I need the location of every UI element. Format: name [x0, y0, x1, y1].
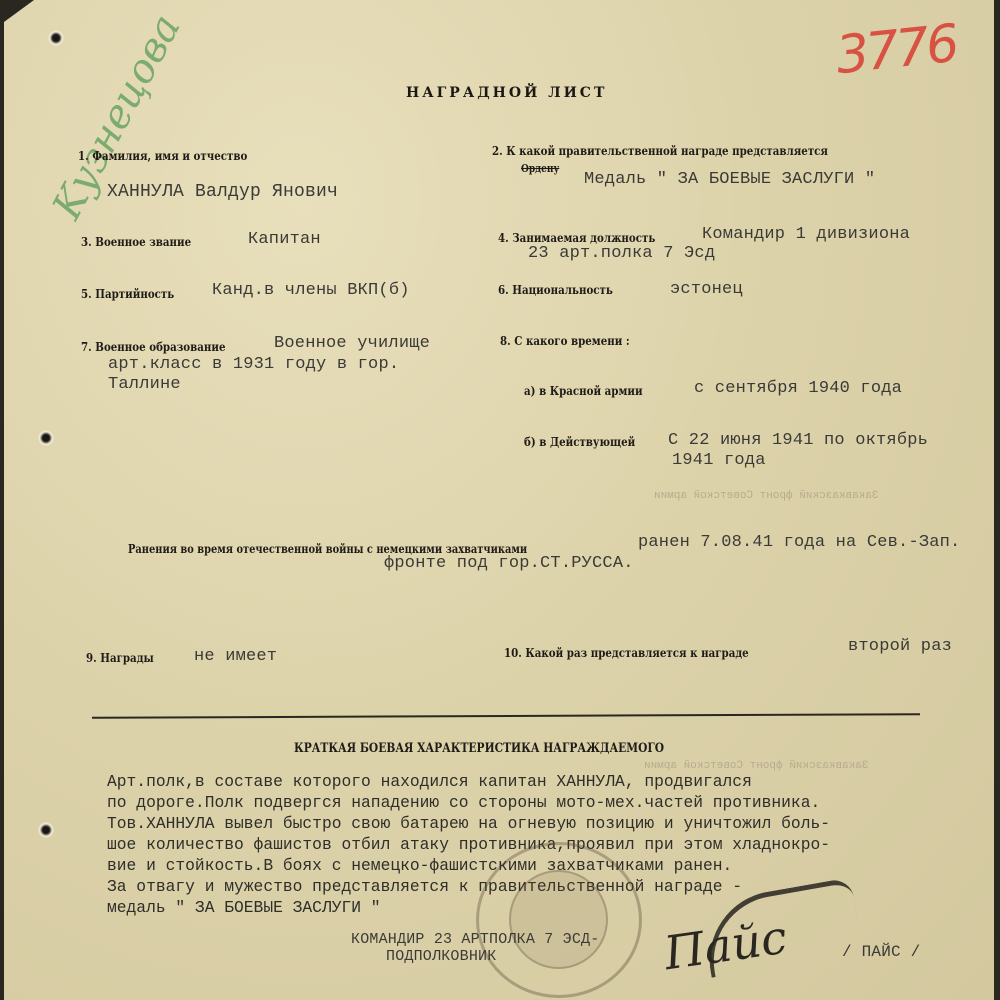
wounds-value-line2: фронте под гор.СТ.РУССА. — [384, 554, 634, 573]
punch-hole — [38, 430, 54, 446]
field-2-label: 2. К какой правительственной награде пре… — [492, 143, 828, 158]
field-8-label: 8. С какого времени : — [500, 333, 630, 348]
field-5-label: 5. Партийность — [81, 286, 174, 301]
characteristic-line: вие и стойкость.В боях с немецко-фашистс… — [107, 856, 732, 875]
characteristic-line: За отвагу и мужество представляется к пр… — [107, 877, 742, 896]
characteristic-line: медаль " ЗА БОЕВЫЕ ЗАСЛУГИ " — [107, 898, 381, 917]
handwritten-archive-number: 3776 — [833, 14, 959, 86]
field-3-value-rank: Капитан — [248, 230, 321, 249]
field-3-label: 3. Военное звание — [81, 234, 191, 249]
field-9-label: 9. Награды — [86, 650, 154, 665]
field-8b-label: б) в Действующей — [524, 434, 635, 449]
punch-hole — [48, 30, 64, 46]
field-9-value-awards: не имеет — [194, 647, 277, 666]
characteristic-line: Арт.полк,в составе которого находился ка… — [107, 772, 752, 791]
handwritten-signature: Пайс — [661, 910, 790, 981]
field-2-value-award: Медаль " ЗА БОЕВЫЕ ЗАСЛУГИ " — [584, 170, 875, 189]
bleed-through-text: Закавказский фронт Советской армии — [654, 490, 878, 502]
field-7-value-education: Военное училище — [274, 334, 430, 353]
stamp-emblem — [509, 870, 608, 969]
official-stamp — [476, 842, 642, 998]
section-divider — [92, 713, 920, 719]
field-8b-value-active-army: С 22 июня 1941 по октябрь — [668, 431, 928, 450]
field-7-label: 7. Военное образование — [81, 339, 225, 354]
field-4-label: 4. Занимаемая должность — [498, 230, 655, 245]
field-8b-value-active-army-line2: 1941 года — [672, 451, 766, 470]
commander-rank: ПОДПОЛКОВНИК — [386, 948, 496, 965]
field-8a-label: а) в Красной армии — [524, 383, 643, 398]
field-4-value-position: Командир 1 дивизиона — [702, 225, 910, 244]
field-2-struck-order: Ордену — [521, 162, 559, 175]
characteristic-line: шое количество фашистов отбил атаку прот… — [107, 835, 830, 854]
field-6-label: 6. Национальность — [498, 282, 613, 297]
field-5-value-party: Канд.в члены ВКП(б) — [212, 281, 410, 300]
field-7-value-education-line3: Таллине — [108, 375, 181, 394]
field-8a-value-red-army: с сентября 1940 года — [694, 379, 902, 398]
field-1-label: 1. Фамилия, имя и отчество — [78, 148, 247, 163]
field-1-value-fullname: ХАННУЛА Валдур Янович — [107, 182, 338, 202]
field-7-value-education-line2: арт.класс в 1931 году в гор. — [108, 355, 399, 374]
bleed-through-text: Закавказский фронт Советской армии — [644, 760, 868, 772]
torn-corner — [4, 0, 34, 22]
commander-title: КОМАНДИР 23 АРТПОЛКА 7 ЭСД- — [351, 931, 599, 948]
characteristic-line: Тов.ХАННУЛА вывел быстро свою батарею на… — [107, 814, 830, 833]
document-title: НАГРАДНОЙ ЛИСТ — [406, 85, 607, 101]
field-4-value-position-line2: 23 арт.полка 7 Эсд — [528, 244, 715, 263]
characteristic-line: по дороге.Полк подвергся нападению со ст… — [107, 793, 820, 812]
punch-hole — [38, 822, 54, 838]
characteristic-heading: КРАТКАЯ БОЕВАЯ ХАРАКТЕРИСТИКА НАГРАЖДАЕМ… — [294, 741, 664, 756]
field-10-label: 10. Какой раз представляется к награде — [504, 645, 749, 660]
wounds-value: ранен 7.08.41 года на Сев.-Зап. — [638, 533, 960, 552]
award-sheet-paper: Kузнецова 3776 НАГРАДНОЙ ЛИСТ 1. Фамилия… — [4, 0, 994, 1000]
field-10-value-times: второй раз — [848, 637, 952, 656]
field-6-value-nationality: эстонец — [670, 280, 743, 299]
commander-name: / ПАЙС / — [842, 943, 920, 961]
